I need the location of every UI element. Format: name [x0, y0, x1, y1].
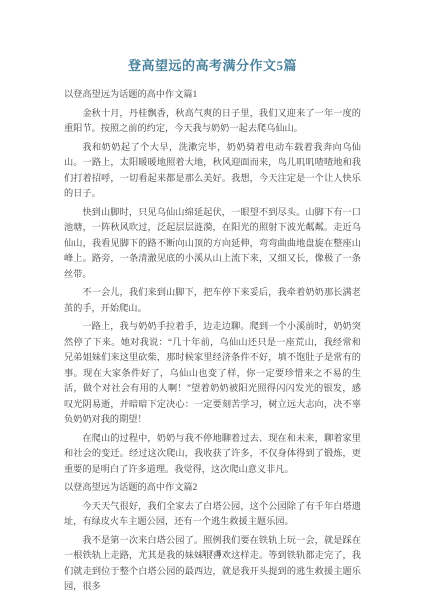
essay-1-heading: 以登高望远为话题的高中作文篇1 — [64, 87, 361, 103]
essay-1-paragraph-5: 一路上，我与奶奶手拉着手，边走边聊。爬到一个小溪前时，奶奶突然停了下来。她对我说… — [64, 319, 361, 428]
document-content: 登高望远的高考满分作文5篇 以登高望远为话题的高中作文篇1 金秋十月，丹桂飘香，… — [0, 0, 424, 595]
essay-1-paragraph-6: 在爬山的过程中，奶奶与我不停地聊着过去、现在和未来，聊着家里和社会的变迁。经过这… — [64, 431, 361, 478]
essay-2-paragraph-1: 今天天气很好，我们全家去了白塔公园，这个公园除了有千年白塔遗址，有绿皮火车主题公… — [64, 499, 361, 530]
essay-1-paragraph-1: 金秋十月，丹桂飘香，秋高气爽的日子里，我们又迎来了一年一度的重阳节。按照之前的约… — [64, 106, 361, 137]
essay-1-paragraph-4: 不一会儿，我们来到山脚下，把车停下来妥后，我牵着奶奶那长满老茧的手，开始爬山。 — [64, 285, 361, 316]
essay-1-paragraph-3: 快到山脚时，只见乌仙山绵延起伏，一眼望不到尽头。山脚下有一口池塘，一阵秋风吹过，… — [64, 205, 361, 283]
page-number: 1 / 6 — [0, 549, 424, 558]
essay-2-paragraph-2: 我不是第一次来白塔公园了。照例我们要在铁轨上玩一会，就是踩在一根铁轨上走路，尤其… — [64, 533, 361, 595]
essay-1-paragraph-2: 我和奶奶起了个大早，洗漱完毕，奶奶骑着电动车载着我奔向乌仙山。一路上，太阳暖暖地… — [64, 140, 361, 202]
document-page: 登高望远的高考满分作文5篇 以登高望远为话题的高中作文篇1 金秋十月，丹桂飘香，… — [0, 0, 424, 600]
document-title: 登高望远的高考满分作文5篇 — [64, 57, 361, 75]
essay-2-heading: 以登高望远为话题的高中作文篇2 — [64, 480, 361, 496]
